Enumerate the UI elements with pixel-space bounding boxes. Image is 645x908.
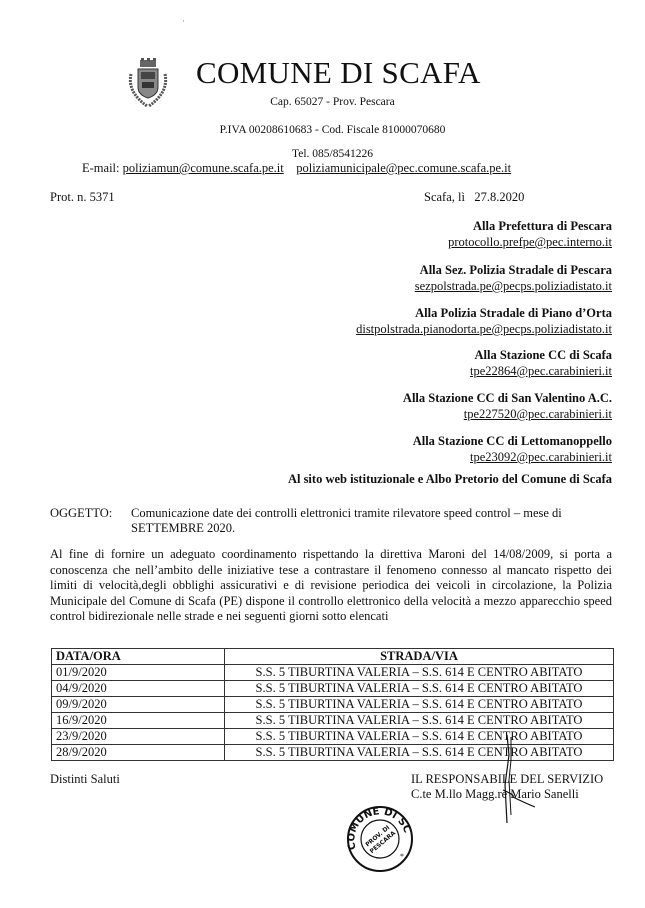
cell-road: S.S. 5 TIBURTINA VALERIA – S.S. 614 E CE… xyxy=(225,713,614,729)
recipient: Alla Prefettura di Pescara protocollo.pr… xyxy=(448,218,612,250)
scan-artifact xyxy=(183,20,184,22)
email-link-2[interactable]: poliziamunicipale@pec.comune.scafa.pe.it xyxy=(296,161,511,175)
recipient: Alla Stazione CC di Lettomanoppello tpe2… xyxy=(413,433,612,465)
handwritten-signature-icon xyxy=(495,735,565,825)
cell-date: 09/9/2020 xyxy=(52,697,225,713)
recipient-name: Alla Prefettura di Pescara xyxy=(473,219,612,233)
recipient-email[interactable]: tpe227520@pec.carabinieri.it xyxy=(464,407,612,421)
postal-info: Cap. 65027 - Prov. Pescara xyxy=(0,96,645,108)
cell-date: 01/9/2020 xyxy=(52,665,225,681)
table-header-row: DATA/ORA STRADA/VIA xyxy=(52,649,614,665)
body-paragraph: Al fine di fornire un adeguato coordinam… xyxy=(50,547,612,625)
recipient-email[interactable]: tpe22864@pec.carabinieri.it xyxy=(470,364,612,378)
recipient-email[interactable]: sezpolstrada.pe@pecps.poliziadistato.it xyxy=(415,279,612,293)
header-date: DATA/ORA xyxy=(52,649,225,665)
recipient-name: Alla Stazione CC di Scafa xyxy=(475,348,613,362)
subject-text: Comunicazione date dei controlli elettro… xyxy=(131,506,611,536)
table-row: 16/9/2020S.S. 5 TIBURTINA VALERIA – S.S.… xyxy=(52,713,614,729)
cell-date: 23/9/2020 xyxy=(52,729,225,745)
table-row: 01/9/2020S.S. 5 TIBURTINA VALERIA – S.S.… xyxy=(52,665,614,681)
header-road: STRADA/VIA xyxy=(225,649,614,665)
table-row: 09/9/2020S.S. 5 TIBURTINA VALERIA – S.S.… xyxy=(52,697,614,713)
cell-road: S.S. 5 TIBURTINA VALERIA – S.S. 614 E CE… xyxy=(225,665,614,681)
email-label: E-mail: xyxy=(82,161,120,175)
email-link-1[interactable]: poliziamun@comune.scafa.pe.it xyxy=(123,161,284,175)
phone-info: Tel. 085/8541226 xyxy=(0,148,645,160)
recipient-email[interactable]: distpolstrada.pianodorta.pe@pecps.polizi… xyxy=(356,322,612,336)
albo-recipient: Al sito web istituzionale e Albo Pretori… xyxy=(288,472,612,487)
recipient-name: Alla Sez. Polizia Stradale di Pescara xyxy=(420,263,612,277)
closing-greeting: Distinti Saluti xyxy=(50,772,120,787)
recipient-name: Alla Stazione CC di Lettomanoppello xyxy=(413,434,612,448)
cell-road: S.S. 5 TIBURTINA VALERIA – S.S. 614 E CE… xyxy=(225,697,614,713)
recipient-email[interactable]: protocollo.prefpe@pec.interno.it xyxy=(448,235,612,249)
cell-date: 16/9/2020 xyxy=(52,713,225,729)
recipient: Alla Sez. Polizia Stradale di Pescara se… xyxy=(415,262,612,294)
recipient: Alla Stazione CC di Scafa tpe22864@pec.c… xyxy=(470,347,612,379)
table-row: 04/9/2020S.S. 5 TIBURTINA VALERIA – S.S.… xyxy=(52,681,614,697)
tax-info: P.IVA 00208610683 - Cod. Fiscale 8100007… xyxy=(0,124,645,136)
recipient-email[interactable]: tpe23092@pec.carabinieri.it xyxy=(470,450,612,464)
recipient: Alla Stazione CC di San Valentino A.C. t… xyxy=(403,390,612,422)
email-line: E-mail: poliziamun@comune.scafa.pe.it po… xyxy=(82,161,511,176)
official-stamp-icon: COMUNE DI SCAFA PROV. DI PESCARA * xyxy=(346,805,414,873)
cell-date: 04/9/2020 xyxy=(52,681,225,697)
municipality-title: COMUNE DI SCAFA xyxy=(196,55,481,91)
recipient: Alla Polizia Stradale di Piano d’Orta di… xyxy=(356,305,612,337)
svg-text:*: * xyxy=(400,852,404,861)
recipient-name: Alla Stazione CC di San Valentino A.C. xyxy=(403,391,612,405)
subject-label: OGGETTO: xyxy=(50,506,112,521)
recipient-name: Alla Polizia Stradale di Piano d’Orta xyxy=(415,306,612,320)
cell-date: 28/9/2020 xyxy=(52,745,225,761)
protocol-number: Prot. n. 5371 xyxy=(50,190,115,205)
place-date: Scafa, lì 27.8.2020 xyxy=(424,190,524,205)
cell-road: S.S. 5 TIBURTINA VALERIA – S.S. 614 E CE… xyxy=(225,681,614,697)
